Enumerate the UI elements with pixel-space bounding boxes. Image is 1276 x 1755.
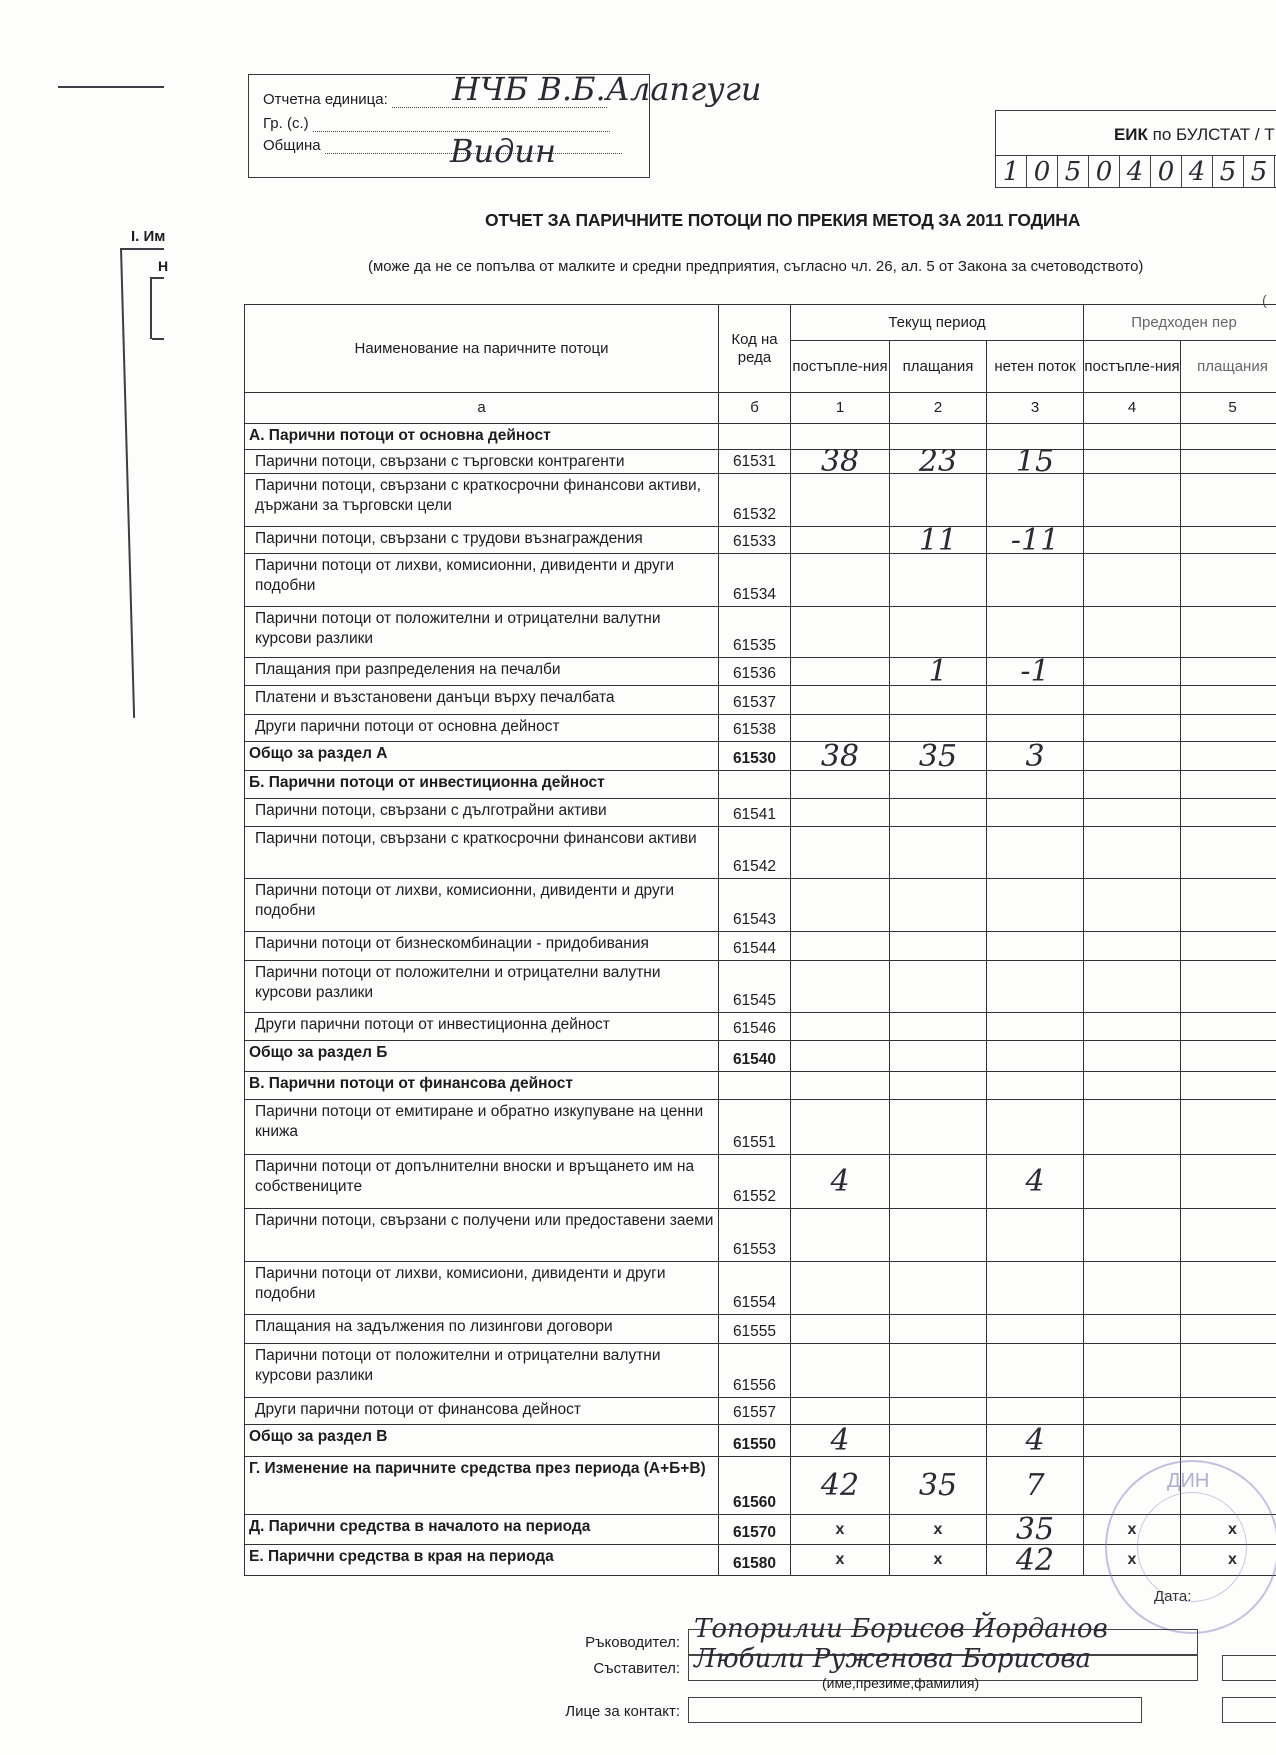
value-cell-col2[interactable] [889, 1154, 986, 1208]
value-cell-col2[interactable] [889, 1012, 986, 1040]
eik-digit-cell[interactable]: 0 [1089, 156, 1120, 188]
value-cell-col3[interactable] [986, 798, 1083, 826]
column-header-prev-payments: плащания [1180, 340, 1276, 392]
value-cell-col3[interactable]: 7 [986, 1456, 1083, 1514]
value-cell-col5[interactable] [1180, 657, 1276, 685]
row-code: 61542 [718, 826, 790, 878]
signature-caption: (име,презиме,фамилия) [822, 1675, 979, 1691]
value-cell-col1[interactable] [790, 1012, 889, 1040]
row-code: 61545 [718, 960, 790, 1012]
value-cell-col2[interactable] [889, 1261, 986, 1314]
value-cell-col1[interactable] [790, 878, 889, 931]
column-group-previous-period: Предходен пер [1083, 304, 1276, 340]
value-cell-col1[interactable] [790, 606, 889, 657]
value-cell-col4[interactable] [1083, 606, 1180, 657]
value-cell-col3[interactable] [986, 878, 1083, 931]
column-header-receipts: постъпле-ния [790, 340, 889, 392]
municipality-row: Община [263, 137, 622, 154]
row-name-61537: Платени и възстановени данъци върху печа… [244, 685, 718, 714]
row-name-61546: Други парични потоци от инвестиционна де… [244, 1012, 718, 1040]
value-cell-col5[interactable] [1180, 1071, 1276, 1099]
municipality-value-handwritten[interactable]: Видин [450, 132, 556, 170]
value-cell-col3[interactable] [986, 1099, 1083, 1154]
value-cell-col2[interactable]: x [889, 1514, 986, 1544]
row-code: 61580 [718, 1544, 790, 1575]
row-name-61534: Парични потоци от лихви, комисионни, див… [244, 553, 718, 606]
value-cell-col2[interactable] [889, 1397, 986, 1424]
value-cell-col5[interactable] [1180, 960, 1276, 1012]
column-header-net-flow: нетен поток [986, 340, 1083, 392]
value-cell-col2[interactable]: 1 [889, 657, 986, 685]
eik-digit-cell[interactable]: 5 [1058, 156, 1089, 188]
value-cell-col4[interactable] [1083, 449, 1180, 473]
value-cell-col1[interactable] [790, 526, 889, 553]
value-cell-col2[interactable]: 11 [889, 526, 986, 553]
row-name-61552: Парични потоци от допълнителни вноски и … [244, 1154, 718, 1208]
value-cell-col4[interactable] [1083, 931, 1180, 960]
left-cut-sub: Н [158, 258, 168, 274]
value-cell-col2[interactable] [889, 1424, 986, 1456]
value-cell-col5[interactable] [1180, 741, 1276, 770]
row-name-section-10: Б. Парични потоци от инвестиционна дейно… [244, 770, 718, 798]
value-cell-col1[interactable]: 42 [790, 1456, 889, 1514]
row-name-61554: Парични потоци от лихви, комисиони, диви… [244, 1261, 718, 1314]
scan-artifact-line [58, 86, 164, 88]
date-label: Дата: [1154, 1588, 1191, 1605]
row-code: 61536 [718, 657, 790, 685]
value-cell-col4[interactable] [1083, 1424, 1180, 1456]
value-cell-col5[interactable] [1180, 1424, 1276, 1456]
row-name-61550: Общо за раздел В [244, 1424, 718, 1456]
report-title: ОТЧЕТ ЗА ПАРИЧНИТЕ ПОТОЦИ ПО ПРЕКИЯ МЕТО… [485, 210, 1080, 231]
value-cell-col1[interactable] [790, 826, 889, 878]
value-cell-col1[interactable] [790, 553, 889, 606]
value-cell-col4[interactable] [1083, 714, 1180, 741]
value-cell-col4[interactable] [1083, 1071, 1180, 1099]
value-cell-col2[interactable]: 23 [889, 449, 986, 473]
row-code: 61554 [718, 1261, 790, 1314]
value-cell-col3[interactable] [986, 1071, 1083, 1099]
round-stamp: ДИН [1105, 1460, 1276, 1634]
value-cell-col2[interactable] [889, 685, 986, 714]
value-cell-col3[interactable] [986, 1040, 1083, 1071]
value-cell-col2[interactable] [889, 931, 986, 960]
value-cell-col5[interactable] [1180, 878, 1276, 931]
value-cell-col3[interactable]: 4 [986, 1154, 1083, 1208]
left-cut-frame-left [120, 248, 135, 718]
row-code: 61556 [718, 1343, 790, 1397]
value-cell-col5[interactable] [1180, 1040, 1276, 1071]
row-name-61543: Парични потоци от лихви, комисионни, див… [244, 878, 718, 931]
eik-digit-cell[interactable]: 5 [1244, 156, 1275, 188]
eik-digit-cell[interactable]: 4 [1182, 156, 1213, 188]
compiler-label: Съставител: [480, 1660, 680, 1677]
row-name-section-18: В. Парични потоци от финансова дейност [244, 1071, 718, 1099]
value-cell-col3[interactable]: 15 [986, 449, 1083, 473]
value-cell-col1[interactable] [790, 714, 889, 741]
column-index-6: 5 [1180, 392, 1276, 423]
value-cell-col1[interactable] [790, 1343, 889, 1397]
value-cell-col1[interactable] [790, 1099, 889, 1154]
value-cell-col4[interactable] [1083, 1397, 1180, 1424]
row-code: 61537 [718, 685, 790, 714]
unit-label: Отчетна единица: [263, 91, 388, 108]
eik-digit-cell[interactable]: 1 [996, 156, 1027, 188]
value-cell-col4[interactable] [1083, 473, 1180, 526]
value-cell-col5[interactable] [1180, 473, 1276, 526]
value-cell-col5[interactable] [1180, 423, 1276, 449]
row-code: 61553 [718, 1208, 790, 1261]
row-code [718, 1071, 790, 1099]
value-cell-col1[interactable] [790, 931, 889, 960]
eik-label: ЕИК по БУЛСТАТ / ТР [1114, 125, 1276, 145]
value-cell-col4[interactable] [1083, 1040, 1180, 1071]
value-cell-col5[interactable] [1180, 1208, 1276, 1261]
value-cell-col1[interactable] [790, 798, 889, 826]
value-cell-col3[interactable] [986, 1314, 1083, 1343]
value-cell-col4[interactable] [1083, 1261, 1180, 1314]
eik-digit-cell[interactable]: 0 [1027, 156, 1058, 188]
value-cell-col1[interactable]: x [790, 1514, 889, 1544]
city-row: Гр. (с.) [263, 115, 610, 132]
value-cell-col4[interactable] [1083, 826, 1180, 878]
column-index-3: 2 [889, 392, 986, 423]
unit-value-handwritten[interactable]: НЧБ В.Б.Алапгуги [452, 70, 762, 108]
row-name-61545: Парични потоци от положителни и отрицате… [244, 960, 718, 1012]
row-name-61532: Парични потоци, свързани с краткосрочни … [244, 473, 718, 526]
left-cut-frame-top [120, 248, 164, 250]
value-cell-col3[interactable] [986, 606, 1083, 657]
value-cell-col3[interactable]: 4 [986, 1424, 1083, 1456]
value-cell-col4[interactable] [1083, 1208, 1180, 1261]
value-cell-col5[interactable] [1180, 449, 1276, 473]
column-index-1: б [718, 392, 790, 423]
row-name-61555: Плащания на задължения по лизингови дого… [244, 1314, 718, 1343]
value-cell-col3[interactable] [986, 1012, 1083, 1040]
value-cell-col2[interactable] [889, 826, 986, 878]
value-cell-col5[interactable] [1180, 1012, 1276, 1040]
value-cell-col3[interactable] [986, 826, 1083, 878]
row-name-61580: Е. Парични средства в края на периода [244, 1544, 718, 1575]
value-cell-col5[interactable] [1180, 685, 1276, 714]
value-cell-col4[interactable] [1083, 553, 1180, 606]
row-code: 61530 [718, 741, 790, 770]
column-index-5: 4 [1083, 392, 1180, 423]
value-cell-col1[interactable]: x [790, 1544, 889, 1575]
row-code: 61534 [718, 553, 790, 606]
compiler-signature: Любили Руженова Борисова [694, 1644, 1091, 1674]
report-subtitle: (може да не се попълва от малките и сред… [368, 258, 1143, 275]
row-code: 61552 [718, 1154, 790, 1208]
row-name-61553: Парични потоци, свързани с получени или … [244, 1208, 718, 1261]
row-name-61540: Общо за раздел Б [244, 1040, 718, 1071]
value-cell-col3[interactable] [986, 931, 1083, 960]
value-cell-col5[interactable] [1180, 770, 1276, 798]
value-cell-col5[interactable] [1180, 714, 1276, 741]
value-cell-col1[interactable] [790, 1314, 889, 1343]
value-cell-col5[interactable] [1180, 1314, 1276, 1343]
value-cell-col2[interactable]: 35 [889, 1456, 986, 1514]
value-cell-col3[interactable] [986, 960, 1083, 1012]
column-group-current-period: Текущ период [790, 304, 1083, 340]
column-index-2: 1 [790, 392, 889, 423]
value-cell-col5[interactable] [1180, 606, 1276, 657]
value-cell-col1[interactable]: 4 [790, 1154, 889, 1208]
contact-label: Лице за контакт: [480, 1703, 680, 1720]
row-name-61538: Други парични потоци от основна дейност [244, 714, 718, 741]
row-name-61541: Парични потоци, свързани с дълготрайни а… [244, 798, 718, 826]
value-cell-col1[interactable]: 38 [790, 741, 889, 770]
value-cell-col2[interactable] [889, 770, 986, 798]
value-cell-col2[interactable] [889, 473, 986, 526]
value-cell-col2[interactable] [889, 798, 986, 826]
value-cell-col3[interactable] [986, 423, 1083, 449]
value-cell-col4[interactable] [1083, 423, 1180, 449]
value-cell-col2[interactable] [889, 423, 986, 449]
row-code: 61570 [718, 1514, 790, 1544]
row-name-61535: Парични потоци от положителни и отрицате… [244, 606, 718, 657]
value-cell-col5[interactable] [1180, 798, 1276, 826]
value-cell-col3[interactable] [986, 770, 1083, 798]
column-header-name: Наименование на паричните потоци [244, 304, 718, 392]
value-cell-col1[interactable] [790, 770, 889, 798]
municipality-label: Община [263, 137, 321, 154]
value-cell-col2[interactable]: x [889, 1544, 986, 1575]
city-label: Гр. (с.) [263, 115, 309, 132]
value-cell-col3[interactable]: 42 [986, 1544, 1083, 1575]
eik-digit-cell[interactable]: 5 [1213, 156, 1244, 188]
value-cell-col2[interactable] [889, 1343, 986, 1397]
value-cell-col5[interactable] [1180, 826, 1276, 878]
value-cell-col2[interactable] [889, 1314, 986, 1343]
value-cell-col2[interactable] [889, 1208, 986, 1261]
value-cell-col4[interactable] [1083, 878, 1180, 931]
value-cell-col2[interactable] [889, 606, 986, 657]
value-cell-col5[interactable] [1180, 526, 1276, 553]
value-cell-col4[interactable] [1083, 685, 1180, 714]
row-name-61557: Други парични потоци от финансова дейнос… [244, 1397, 718, 1424]
row-code [718, 423, 790, 449]
eik-digit-cells[interactable]: 105040455 [996, 155, 1276, 188]
row-code: 61546 [718, 1012, 790, 1040]
value-cell-col3[interactable] [986, 685, 1083, 714]
value-cell-col1[interactable] [790, 473, 889, 526]
value-cell-col1[interactable] [790, 685, 889, 714]
value-cell-col3[interactable]: 3 [986, 741, 1083, 770]
value-cell-col3[interactable] [986, 1208, 1083, 1261]
value-cell-col4[interactable] [1083, 1012, 1180, 1040]
value-cell-col4[interactable] [1083, 960, 1180, 1012]
value-cell-col3[interactable] [986, 1261, 1083, 1314]
row-code: 61555 [718, 1314, 790, 1343]
row-code: 61540 [718, 1040, 790, 1071]
value-cell-col1[interactable]: 38 [790, 449, 889, 473]
value-cell-col3[interactable]: -1 [986, 657, 1083, 685]
value-cell-col4[interactable] [1083, 526, 1180, 553]
row-name-61531: Парични потоци, свързани с търговски кон… [244, 449, 718, 473]
row-name-61556: Парични потоци от положителни и отрицате… [244, 1343, 718, 1397]
row-name-61542: Парични потоци, свързани с краткосрочни … [244, 826, 718, 878]
eik-digit-cell[interactable]: 4 [1120, 156, 1151, 188]
row-code: 61541 [718, 798, 790, 826]
row-name-61544: Парични потоци от бизнескомбинации - при… [244, 931, 718, 960]
row-name-61560: Г. Изменение на паричните средства през … [244, 1456, 718, 1514]
column-index-4: 3 [986, 392, 1083, 423]
value-cell-col1[interactable] [790, 960, 889, 1012]
row-code: 61551 [718, 1099, 790, 1154]
row-name-61570: Д. Парични средства в началото на период… [244, 1514, 718, 1544]
left-cut-inner-box-bottom [152, 338, 164, 340]
value-cell-col1[interactable] [790, 1208, 889, 1261]
right-small-field-1[interactable] [1222, 1655, 1276, 1681]
value-cell-col4[interactable] [1083, 741, 1180, 770]
row-name-61536: Плащания при разпределения на печалби [244, 657, 718, 685]
row-name-61551: Парични потоци от емитиране и обратно из… [244, 1099, 718, 1154]
value-cell-col5[interactable] [1180, 1343, 1276, 1397]
manager-signature: Топорилии Борисов Йорданов [694, 1614, 1108, 1644]
left-cut-inner-box [150, 277, 164, 279]
value-cell-col5[interactable] [1180, 1099, 1276, 1154]
value-cell-col2[interactable] [889, 1071, 986, 1099]
column-index-0: а [244, 392, 718, 423]
value-cell-col2[interactable] [889, 714, 986, 741]
value-cell-col4[interactable] [1083, 770, 1180, 798]
value-cell-col5[interactable] [1180, 553, 1276, 606]
row-code: 61543 [718, 878, 790, 931]
cash-flow-table: Наименование на паричните потоциКод на р… [244, 304, 1276, 1549]
row-code: 61557 [718, 1397, 790, 1424]
value-cell-col1[interactable] [790, 1071, 889, 1099]
row-code: 61538 [718, 714, 790, 741]
value-cell-col1[interactable] [790, 1397, 889, 1424]
left-cut-heading: I. Им [131, 228, 165, 245]
value-cell-col5[interactable] [1180, 931, 1276, 960]
value-cell-col4[interactable] [1083, 1154, 1180, 1208]
row-code: 61544 [718, 931, 790, 960]
row-code: 61560 [718, 1456, 790, 1514]
value-cell-col1[interactable] [790, 1040, 889, 1071]
row-code [718, 770, 790, 798]
value-cell-col1[interactable] [790, 1261, 889, 1314]
value-cell-col5[interactable] [1180, 1397, 1276, 1424]
column-header-prev-receipts: постъпле-ния [1083, 340, 1180, 392]
value-cell-col5[interactable] [1180, 1261, 1276, 1314]
value-cell-col4[interactable] [1083, 798, 1180, 826]
value-cell-col2[interactable] [889, 878, 986, 931]
eik-box: ЕИК по БУЛСТАТ / ТР 105040455 [995, 110, 1276, 188]
stamp-text: ДИН [1167, 1470, 1209, 1493]
row-name-section-0: А. Парични потоци от основна дейност [244, 423, 718, 449]
value-cell-col3[interactable] [986, 1343, 1083, 1397]
row-name-61530: Общо за раздел А [244, 741, 718, 770]
value-cell-col3[interactable]: 35 [986, 1514, 1083, 1544]
value-cell-col3[interactable] [986, 714, 1083, 741]
eik-digit-cell[interactable]: 0 [1151, 156, 1182, 188]
value-cell-col3[interactable] [986, 473, 1083, 526]
value-cell-col1[interactable]: 4 [790, 1424, 889, 1456]
manager-label: Ръководител: [480, 1634, 680, 1651]
column-header-code: Код на реда [718, 304, 790, 392]
value-cell-col2[interactable] [889, 1040, 986, 1071]
value-cell-col4[interactable] [1083, 1099, 1180, 1154]
value-cell-col5[interactable] [1180, 1154, 1276, 1208]
value-cell-col1[interactable] [790, 423, 889, 449]
column-header-payments: плащания [889, 340, 986, 392]
contact-field[interactable] [688, 1697, 1142, 1723]
value-cell-col2[interactable]: 35 [889, 741, 986, 770]
stamp-inner-ring [1137, 1492, 1247, 1602]
row-code: 61535 [718, 606, 790, 657]
row-code: 61531 [718, 449, 790, 473]
row-code: 61550 [718, 1424, 790, 1456]
left-cut-inner-box-side [150, 277, 152, 339]
value-cell-col4[interactable] [1083, 657, 1180, 685]
value-cell-col3[interactable] [986, 1397, 1083, 1424]
value-cell-col4[interactable] [1083, 1343, 1180, 1397]
value-cell-col3[interactable] [986, 553, 1083, 606]
right-small-field-2[interactable] [1222, 1697, 1276, 1723]
value-cell-col2[interactable] [889, 1099, 986, 1154]
value-cell-col1[interactable] [790, 657, 889, 685]
value-cell-col2[interactable] [889, 960, 986, 1012]
value-cell-col2[interactable] [889, 553, 986, 606]
row-code: 61532 [718, 473, 790, 526]
row-code: 61533 [718, 526, 790, 553]
value-cell-col3[interactable]: -11 [986, 526, 1083, 553]
value-cell-col4[interactable] [1083, 1314, 1180, 1343]
row-name-61533: Парични потоци, свързани с трудови възна… [244, 526, 718, 553]
